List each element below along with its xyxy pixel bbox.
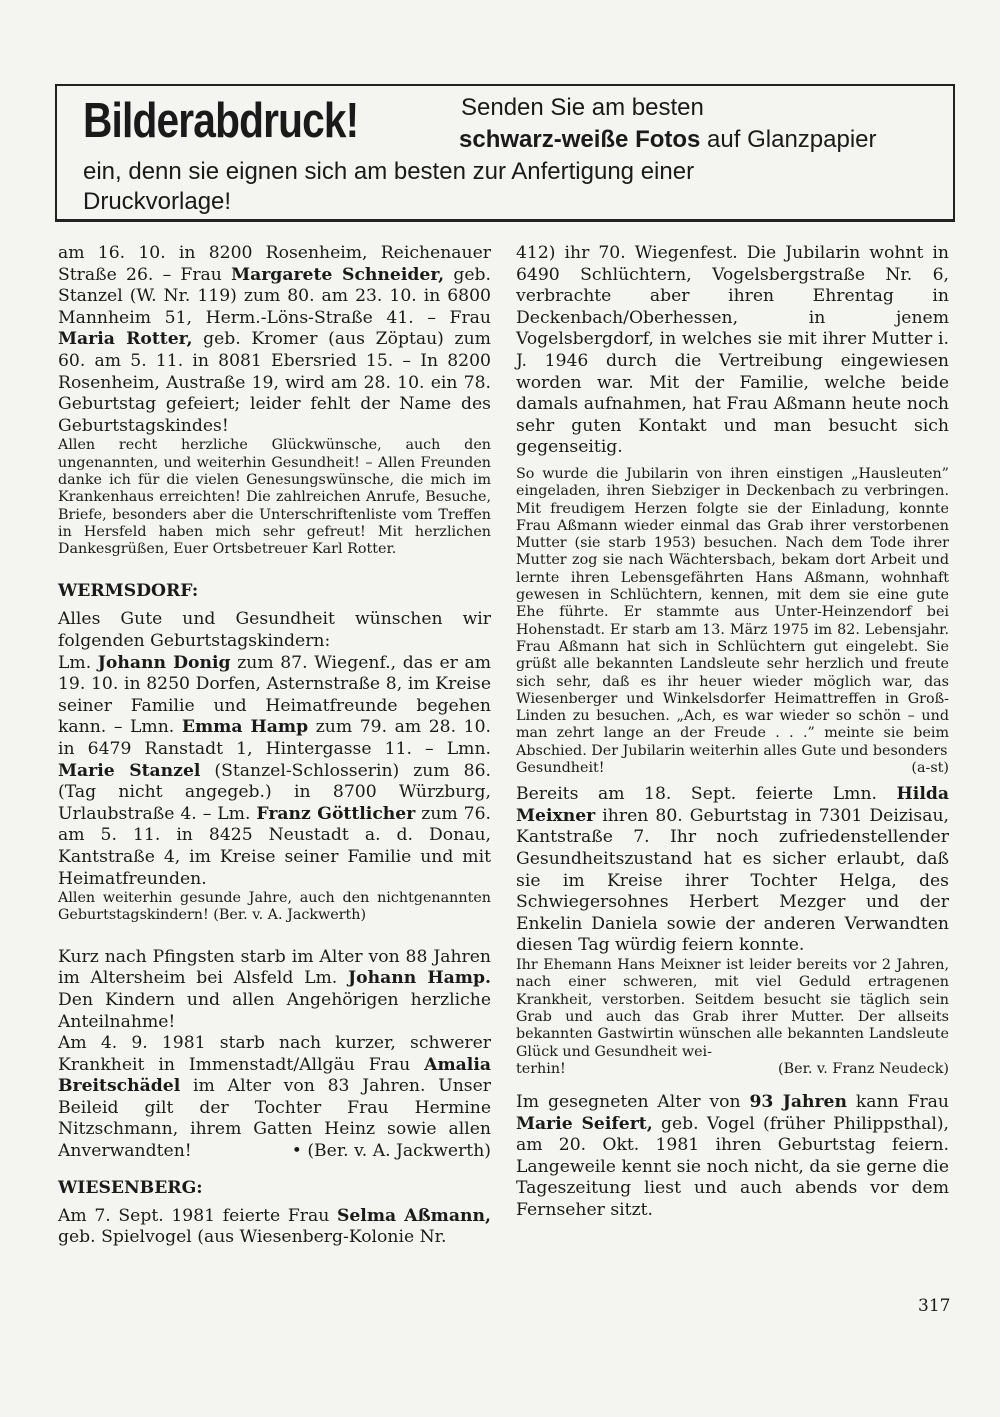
photo-notice-box: Bilderabdruck! Senden Sie am besten schw… <box>55 84 955 222</box>
person-name: Margarete Schneider, <box>231 265 444 285</box>
text: terhin! <box>516 1061 566 1078</box>
text: Bereits am 18. Sept. feierte Lmn. <box>516 784 897 804</box>
person-name: Johann Donig <box>98 653 231 673</box>
wiesenberg-paragraph: Am 7. Sept. 1981 feierte Frau Selma Aßma… <box>58 1206 491 1249</box>
text: Gesundheit! <box>516 760 605 777</box>
story-signature-line: Gesundheit!(a-st) <box>516 760 949 777</box>
wermsdorf-closing: Allen weiterhin gesunde Jahre, auch den … <box>58 890 491 925</box>
notice-line-2-rest: auf Glanzpapier <box>700 126 876 153</box>
text: Im gesegneten Alter von <box>516 1092 749 1112</box>
section-heading-wiesenberg: WIESENBERG: <box>58 1177 491 1199</box>
notice-line-2: schwarz-weiße Fotos auf Glanzpapier <box>459 126 877 154</box>
section-heading-wermsdorf: WERMSDORF: <box>58 580 491 602</box>
text: Lm. <box>58 653 98 673</box>
wermsdorf-intro: Alles Gute und Gesundheit wünschen wir f… <box>58 609 491 652</box>
author-credit: (a-st) <box>911 760 949 777</box>
obituary-breitschaedel: Am 4. 9. 1981 starb nach kurzer, schwere… <box>58 1033 491 1163</box>
author-credit: (Ber. v. Franz Neudeck) <box>778 1061 949 1078</box>
person-name: Maria Rotter, <box>58 329 192 349</box>
obituary-hamp: Kurz nach Pfingsten starb im Alter von 8… <box>58 947 491 1033</box>
text: geb. Spielvogel (aus Wiesenberg-Kolonie … <box>58 1227 446 1247</box>
meixner-paragraph: Bereits am 18. Sept. feierte Lmn. Hilda … <box>516 784 949 957</box>
text: Den Kindern und allen Angehörigen herzli… <box>58 990 491 1032</box>
text: Am 7. Sept. 1981 feierte Frau <box>58 1206 337 1226</box>
notice-line-1: Senden Sie am besten <box>461 94 704 122</box>
seifert-paragraph: Im gesegneten Alter von 93 Jahren kann F… <box>516 1092 949 1222</box>
intro-paragraph: am 16. 10. in 8200 Rosenheim, Reichenaue… <box>58 243 491 437</box>
person-name: Selma Aßmann, <box>337 1206 491 1226</box>
notice-headline: Bilderabdruck! <box>83 92 358 151</box>
person-name: Marie Stanzel <box>58 761 200 781</box>
greeting-paragraph: Allen recht herzliche Glückwünsche, auch… <box>58 437 491 558</box>
meixner-signature-line: terhin!(Ber. v. Franz Neudeck) <box>516 1061 949 1078</box>
emphasis: 93 Jahren <box>749 1092 847 1112</box>
text: ihren 80. Geburtstag in 7301 Deizisau, K… <box>516 806 949 956</box>
notice-line-4: Druckvorlage! <box>83 188 231 216</box>
notice-emphasis: schwarz-weiße Fotos <box>459 126 700 153</box>
author-credit: • (Ber. v. A. Jackwerth) <box>292 1141 491 1163</box>
meixner-note: Ihr Ehemann Hans Meixner ist leider bere… <box>516 957 949 1061</box>
wermsdorf-birthdays: Lm. Johann Donig zum 87. Wiegenf., das e… <box>58 653 491 891</box>
story-paragraph: So wurde die Jubilarin von ihren einstig… <box>516 466 949 760</box>
person-name: Johann Hamp. <box>348 968 491 988</box>
person-name: Marie Seifert, <box>516 1114 653 1134</box>
continuation-paragraph: 412) ihr 70. Wiegenfest. Die Jubilarin w… <box>516 243 949 459</box>
left-column: am 16. 10. in 8200 Rosenheim, Reichenaue… <box>58 243 491 1249</box>
page-number: 317 <box>918 1296 950 1316</box>
notice-line-3: ein, denn sie eignen sich am besten zur … <box>83 158 694 186</box>
person-name: Emma Hamp <box>182 717 308 737</box>
person-name: Franz Göttlicher <box>256 804 415 824</box>
right-column: 412) ihr 70. Wiegenfest. Die Jubilarin w… <box>516 243 949 1222</box>
text: kann Frau <box>847 1092 949 1112</box>
